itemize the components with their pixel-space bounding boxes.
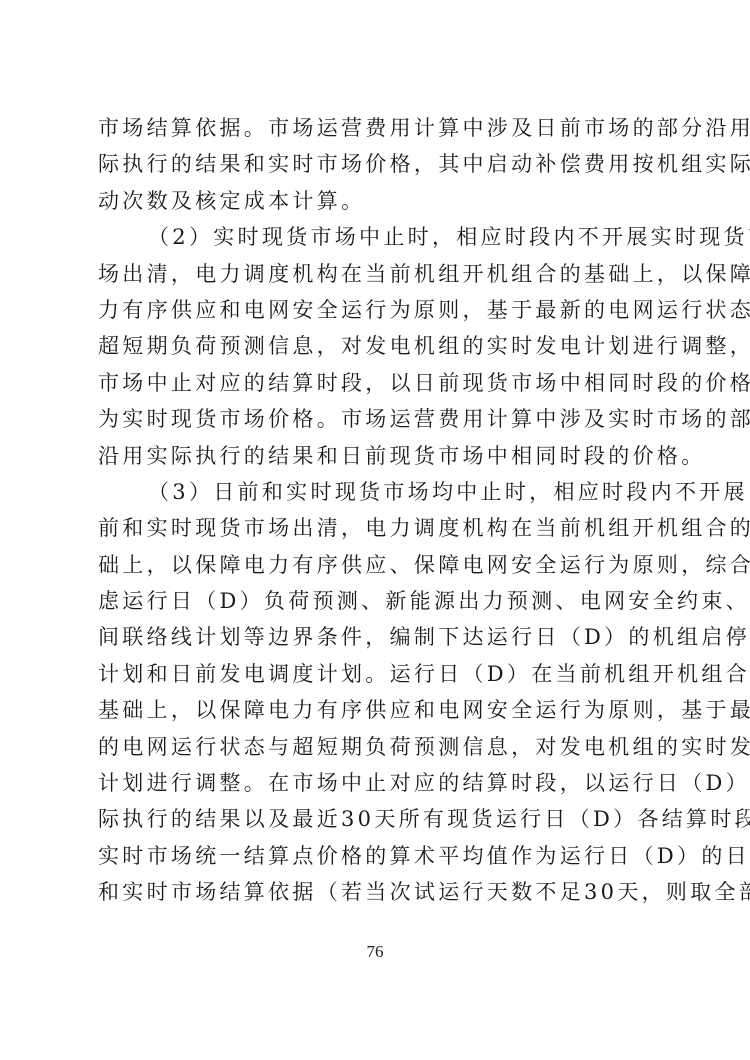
paragraph-start-item-3: （3）日前和实时现货市场均中止时，相应时段内不开展日 (98, 474, 654, 510)
text-line: 基础上，以保障电力有序供应和电网安全运行为原则，基于最新 (98, 692, 654, 728)
body-text: 市场结算依据。市场运营费用计算中涉及日前市场的部分沿用实 际执行的结果和实时市场… (98, 110, 658, 911)
text-line: 的电网运行状态与超短期负荷预测信息，对发电机组的实时发电 (98, 729, 654, 765)
text-line: 实时市场统一结算点价格的算术平均值作为运行日（D）的日前 (98, 838, 654, 874)
text-line: 超短期负荷预测信息，对发电机组的实时发电计划进行调整，在 (98, 328, 654, 364)
page-number: 76 (0, 942, 750, 962)
text-line: 前和实时现货市场出清，电力调度机构在当前机组开机组合的基 (98, 510, 654, 546)
text-line: 力有序供应和电网安全运行为原则，基于最新的电网运行状态与 (98, 292, 654, 328)
text-line: 沿用实际执行的结果和日前现货市场中相同时段的价格。 (98, 438, 654, 474)
text-line: 虑运行日（D）负荷预测、新能源出力预测、电网安全约束、省 (98, 583, 654, 619)
text-line: 市场结算依据。市场运营费用计算中涉及日前市场的部分沿用实 (98, 110, 654, 146)
text-line: 动次数及核定成本计算。 (98, 183, 654, 219)
text-line: 市场中止对应的结算时段，以日前现货市场中相同时段的价格作 (98, 365, 654, 401)
paragraph-start-item-2: （2）实时现货市场中止时，相应时段内不开展实时现货市 (98, 219, 654, 255)
text-line: 场出清，电力调度机构在当前机组开机组合的基础上，以保障电 (98, 256, 654, 292)
text-line: 计划和日前发电调度计划。运行日（D）在当前机组开机组合的 (98, 656, 654, 692)
text-line: 际执行的结果和实时市场价格，其中启动补偿费用按机组实际启 (98, 146, 654, 182)
text-line: 和实时市场结算依据（若当次试运行天数不足30天，则取全部 (98, 874, 654, 910)
text-line: 为实时现货市场价格。市场运营费用计算中涉及实时市场的部分 (98, 401, 654, 437)
text-line: 计划进行调整。在市场中止对应的结算时段，以运行日（D）实 (98, 765, 654, 801)
text-line: 间联络线计划等边界条件，编制下达运行日（D）的机组启停机 (98, 619, 654, 655)
document-page: 市场结算依据。市场运营费用计算中涉及日前市场的部分沿用实 际执行的结果和实时市场… (0, 0, 750, 1060)
text-line: 础上，以保障电力有序供应、保障电网安全运行为原则，综合考 (98, 547, 654, 583)
text-line: 际执行的结果以及最近30天所有现货运行日（D）各结算时段 (98, 801, 654, 837)
